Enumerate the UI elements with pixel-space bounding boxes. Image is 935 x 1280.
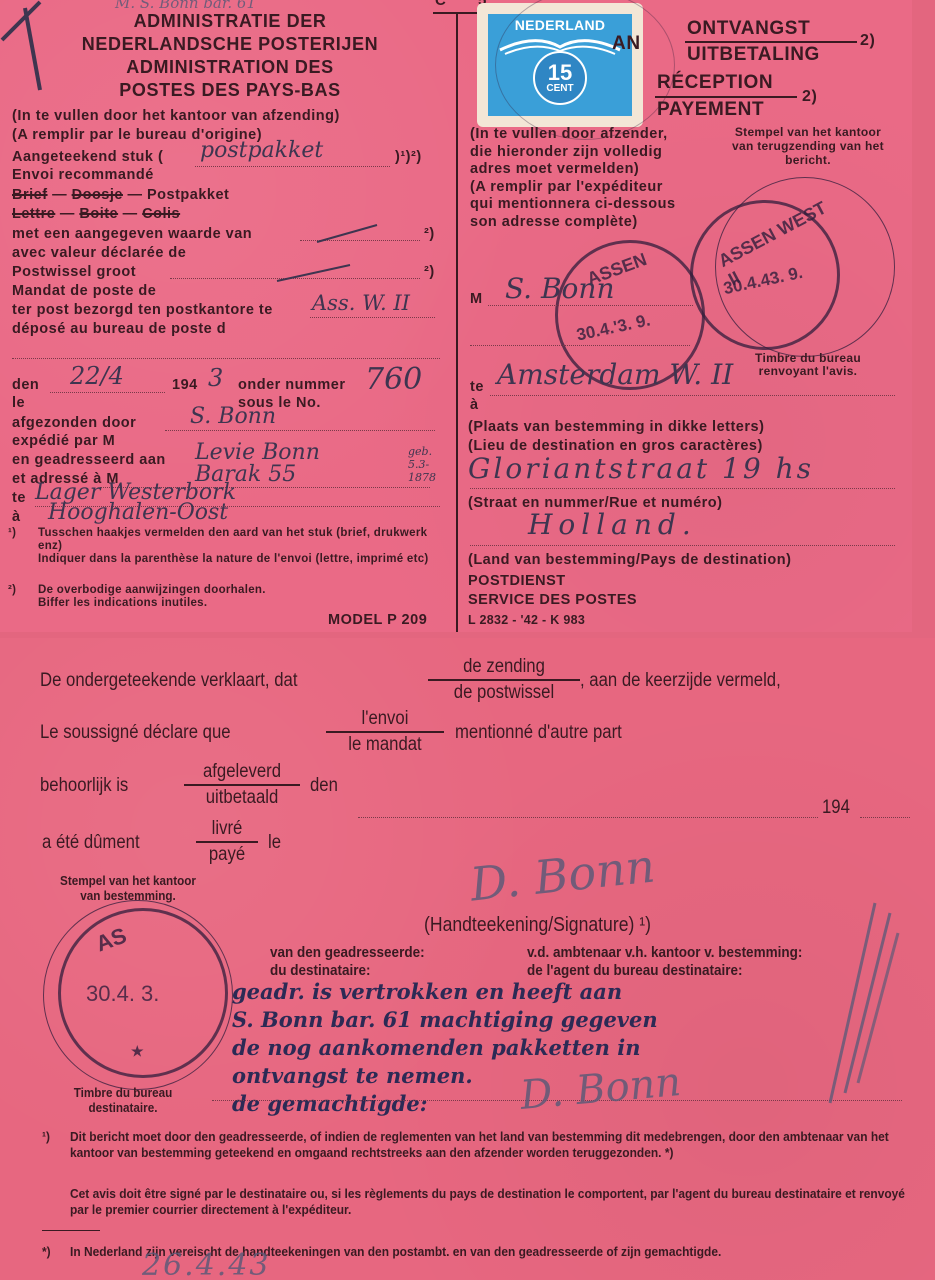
type-colis: Colis: [142, 206, 180, 222]
declaration-line1-prefix: De ondergeteekende verklaart, dat: [40, 670, 297, 692]
sent-by-fr: expédié par M: [12, 432, 115, 451]
te-label: te: [470, 378, 484, 397]
footnote-1: Tusschen haakjes vermelden den aard van …: [38, 527, 448, 566]
posted-at-value[interactable]: Ass. W. II: [312, 291, 410, 315]
footnote-ref: 2): [860, 32, 875, 50]
return-stamp-label: Stempel van het kantoor van terugzending…: [708, 125, 908, 167]
title-ontvangst: ONTVANGST: [687, 18, 810, 40]
sig-col1-fr: du destinataire:: [270, 962, 371, 979]
birth-note: geb. 5.3-1878: [408, 445, 448, 484]
te-label: te: [12, 489, 26, 508]
pencil-date: 26.4.43: [142, 1248, 271, 1280]
type-boite: Boite: [79, 206, 118, 222]
money-order-nl: Postwissel groot: [12, 263, 136, 282]
country-value[interactable]: Holland.: [528, 508, 697, 541]
fraction-livre: livré payé: [196, 818, 258, 866]
footnote-ref: ²): [424, 263, 435, 282]
posted-at-nl: ter post bezorgd ten postkantore te: [12, 301, 273, 320]
place-instr-nl: (Plaats van bestemming in dikke letters): [468, 418, 764, 437]
a-value[interactable]: Hooghalen-Oost: [48, 500, 228, 525]
sig-col2-fr: de l'agent du bureau destinataire:: [527, 962, 743, 979]
delivery-date-field[interactable]: [358, 817, 818, 818]
footnote-1-fr: Cet avis doit être signé par le destinat…: [70, 1186, 907, 1218]
return-name-value[interactable]: S. Bonn: [505, 272, 614, 305]
registered-value[interactable]: postpakket: [200, 138, 323, 163]
street-value[interactable]: Gloriantstraat 19 hs: [468, 452, 814, 485]
postmark-outer-ring: [715, 177, 895, 357]
form-front: M. S. Bonn bar. 61 C 5 ADMINISTRATIE DER…: [0, 0, 912, 632]
declaration-line3-suffix: den: [310, 775, 338, 797]
field-underline: [488, 305, 693, 306]
destination-stamp-label-fr: Timbre du bureau destinataire.: [60, 1085, 186, 1115]
date-label-fr: le: [12, 394, 25, 413]
footnote-mark: ²): [8, 584, 16, 597]
fraction-bar: [655, 96, 797, 98]
fill-instruction-nl: (In te vullen door het kantoor van afzen…: [12, 107, 340, 126]
signature-heading: (Handteekening/Signature) ¹): [424, 914, 651, 937]
country-instr: (Land van bestemming/Pays de destination…: [468, 551, 791, 570]
field-underline: [310, 317, 435, 318]
footnote-mark: *): [42, 1244, 51, 1260]
year-prefix: 194: [822, 797, 850, 819]
fraction-envoi: l'envoi le mandat: [326, 708, 444, 756]
header-line4: POSTES DES PAYS-BAS: [40, 81, 420, 100]
addressed-nl: en geadresseerd aan: [12, 451, 166, 470]
m-label: M: [470, 290, 483, 309]
divider: [456, 12, 458, 632]
footnote-ref: ²): [424, 225, 435, 244]
fraction-bar: [685, 41, 857, 43]
field-underline: [470, 345, 690, 346]
money-order-fr: Mandat de poste de: [12, 282, 156, 301]
field-underline: [195, 166, 390, 167]
sent-by-nl: afgezonden door: [12, 414, 136, 433]
type-lettre: Lettre: [12, 206, 55, 222]
avis-prefix: AN: [612, 33, 641, 55]
divider: [433, 12, 483, 14]
postmark-outer-ring: [43, 900, 233, 1090]
dash-stroke-icon: [275, 262, 355, 284]
header-line3: ADMINISTRATION DES: [40, 58, 420, 77]
sig-col1-nl: van den geadresseerde:: [270, 944, 425, 961]
field-underline: [490, 395, 895, 396]
destination-stamp-label: Stempel van het kantoor van bestemming.: [38, 873, 218, 903]
declaration-line4-suffix: le: [268, 832, 281, 854]
print-code: L 2832 - '42 - K 983: [468, 614, 585, 627]
a-label: à: [12, 508, 21, 527]
postmark-faint: [495, 0, 675, 140]
header-line1: ADMINISTRATIE DER: [40, 12, 420, 31]
type-brief: Brief: [12, 187, 48, 203]
header-line2: NEDERLANDSCHE POSTERIJEN: [40, 35, 420, 54]
declared-value-nl: met een aangegeven waarde van: [12, 225, 252, 244]
year-value[interactable]: 3: [208, 364, 223, 392]
number-label-nl: onder nummer: [238, 376, 346, 395]
footnote-2: De overbodige aanwijzingen doorhalen. Bi…: [38, 584, 266, 610]
sender-instructions: (In te vullen door afzender, die hierond…: [470, 126, 676, 231]
date-label: den: [12, 376, 39, 395]
field-underline: [470, 488, 895, 489]
footnote-1-nl: Dit bericht moet door den geadresseerde,…: [70, 1129, 907, 1161]
a-label: à: [470, 396, 479, 415]
title-reception: RÉCEPTION: [657, 72, 773, 94]
declaration-line2-suffix: mentionné d'autre part: [455, 722, 622, 744]
fraction-afgeleverd: afgeleverd uitbetaald: [184, 761, 300, 809]
registered-label-fr: Envoi recommandé: [12, 166, 154, 185]
declaration-line2-prefix: Le soussigné déclare que: [40, 722, 231, 744]
model-number: MODEL P 209: [328, 611, 427, 630]
type-doosje: Doosje: [72, 187, 123, 203]
field-underline: [165, 430, 435, 431]
declaration-line1-suffix: , aan de keerzijde vermeld,: [580, 670, 781, 692]
service-nl: POSTDIENST: [468, 572, 566, 591]
declared-value-fr: avec valeur déclarée de: [12, 244, 186, 263]
year-prefix: 194: [172, 376, 198, 395]
return-stamp-label-fr: Timbre du bureau renvoyant l'avis.: [738, 352, 878, 378]
dash-stroke-icon: [315, 222, 380, 244]
registered-suffix: )¹)²): [395, 148, 422, 167]
footnote-divider: [42, 1230, 100, 1231]
fraction-zending: de zending de postwissel: [428, 656, 580, 704]
service-fr: SERVICE DES POSTES: [468, 591, 637, 610]
declaration-line3-prefix: behoorlijk is: [40, 775, 128, 797]
title-payement: PAYEMENT: [657, 99, 764, 121]
type-postpakket: Postpakket: [147, 187, 229, 203]
field-underline: [470, 545, 895, 546]
date-value[interactable]: 22/4: [70, 362, 124, 390]
footnote-ref: 2): [802, 88, 817, 106]
form-back: De ondergeteekende verklaart, dat de zen…: [0, 638, 935, 1280]
registered-label-nl: Aangeteekend stuk (: [12, 148, 163, 167]
pencil-strokes-icon: [770, 893, 910, 1113]
types-fr: Lettre — Boite — Colis: [12, 205, 180, 224]
field-underline: [50, 392, 165, 393]
number-value[interactable]: 760: [365, 362, 422, 397]
pencil-signature: D. Bonn: [468, 838, 658, 911]
sent-by-value[interactable]: S. Bonn: [190, 404, 276, 429]
title-uitbetaling: UITBETALING: [687, 44, 820, 66]
blank-line: [12, 358, 440, 359]
footnote-mark: ¹): [8, 527, 16, 540]
declaration-line4-prefix: a été dûment: [42, 832, 140, 854]
footnote-mark: ¹): [42, 1129, 50, 1145]
return-town-value[interactable]: Amsterdam W. II: [497, 358, 733, 391]
sig-col2-nl: v.d. ambtenaar v.h. kantoor v. bestemmin…: [527, 944, 802, 961]
posted-at-fr: déposé au bureau de poste d: [12, 320, 226, 339]
year-field[interactable]: [860, 817, 910, 818]
types-nl: Brief — Doosje — Postpakket: [12, 186, 229, 205]
